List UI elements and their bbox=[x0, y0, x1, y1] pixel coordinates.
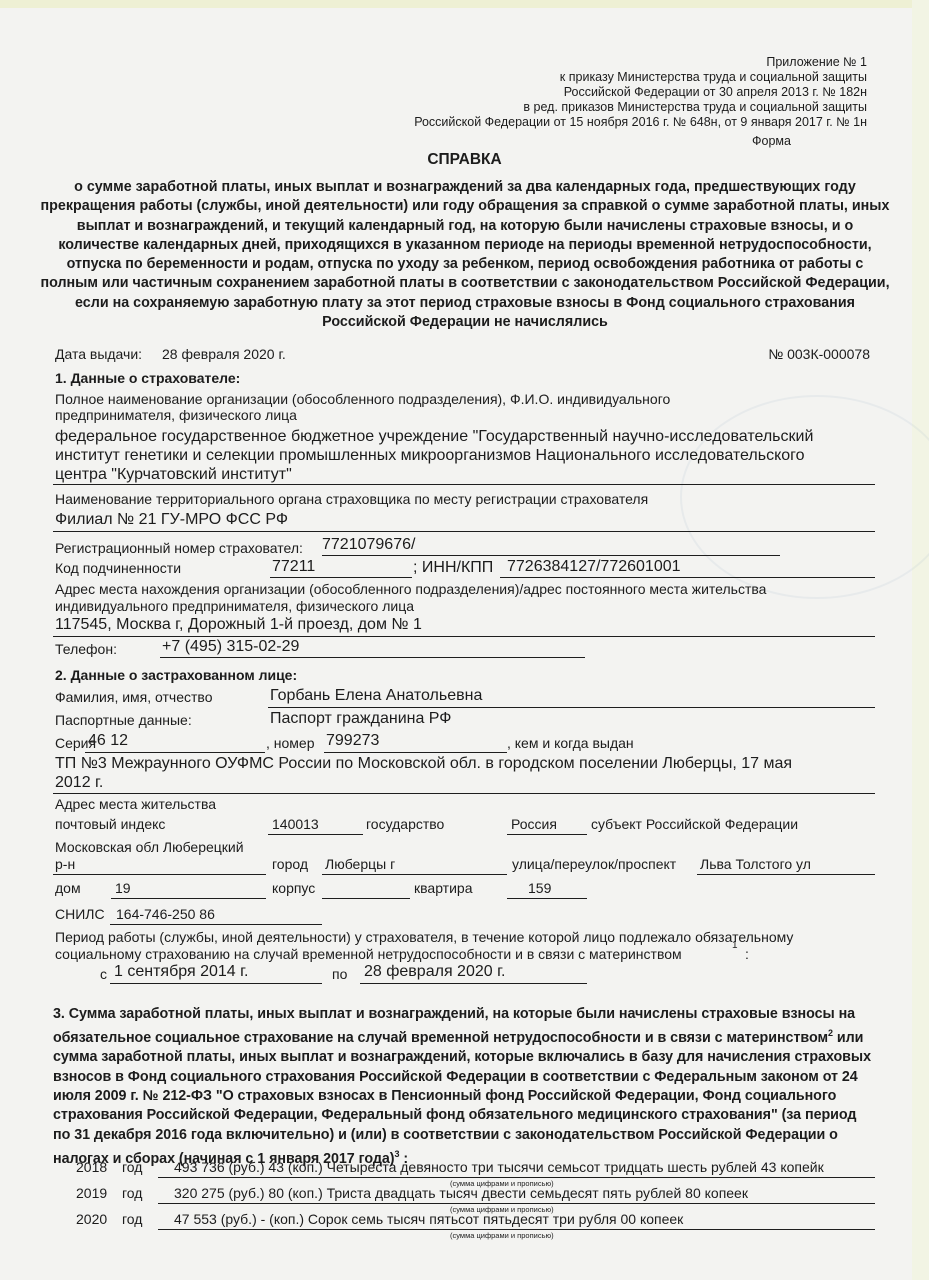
issue-date: 28 февраля 2020 г. bbox=[162, 346, 286, 362]
year-label: год bbox=[122, 1185, 142, 1201]
org-name: институт генетики и селекции промышленны… bbox=[55, 447, 805, 465]
appendix-line: Российской Федерации от 15 ноября 2016 г… bbox=[414, 115, 867, 130]
earnings-year: 2018 bbox=[76, 1159, 107, 1175]
snils-label: СНИЛС bbox=[55, 906, 105, 922]
subject-label: субъект Российской Федерации bbox=[591, 816, 798, 832]
postal-label: почтовый индекс bbox=[55, 816, 165, 832]
period-text: социальному страхованию на случай времен… bbox=[55, 946, 682, 962]
residence-label: Адрес места жительства bbox=[55, 796, 216, 812]
period-to: 28 февраля 2020 г. bbox=[364, 963, 505, 981]
number-label: , номер bbox=[266, 735, 315, 751]
inn-kpp-label: ; ИНН/КПП bbox=[413, 559, 493, 577]
passport-issued-by: 2012 г. bbox=[55, 774, 103, 792]
house-underline bbox=[111, 898, 266, 899]
building-label: корпус bbox=[272, 880, 315, 896]
earnings-amount: 47 553 (руб.) - (коп.) Сорок семь тысяч … bbox=[174, 1211, 874, 1227]
series-underline bbox=[85, 752, 265, 753]
earnings-underline bbox=[158, 1203, 875, 1204]
house-label: дом bbox=[55, 880, 81, 896]
section1-heading: 1. Данные о страхователе: bbox=[55, 370, 240, 386]
number-underline bbox=[324, 752, 507, 753]
passport-label: Паспортные данные: bbox=[55, 712, 192, 728]
employer-address: 117545, Москва г, Дорожный 1-й проезд, д… bbox=[55, 616, 422, 634]
city: Люберцы г bbox=[325, 856, 395, 872]
passport-number: 799273 bbox=[326, 732, 379, 750]
issue-date-label: Дата выдачи: bbox=[55, 346, 142, 362]
subordination-code: 77211 bbox=[272, 558, 315, 576]
form-label: Форма bbox=[752, 134, 791, 148]
period-from-underline bbox=[110, 983, 322, 984]
city-label: город bbox=[272, 856, 308, 872]
document-title: СПРАВКА bbox=[0, 151, 929, 169]
org-name-label: предпринимателя, физического лица bbox=[55, 407, 297, 423]
territorial-body-underline bbox=[53, 531, 875, 532]
passport-type: Паспорт гражданина РФ bbox=[270, 710, 451, 728]
phone: +7 (495) 315-02-29 bbox=[162, 638, 299, 656]
section3-heading: 3. Сумма заработной платы, иных выплат и… bbox=[53, 1005, 873, 1169]
snils: 164-746-250 86 bbox=[116, 906, 215, 922]
apartment-label: квартира bbox=[414, 880, 472, 896]
fio-underline bbox=[268, 707, 875, 708]
issued-by-underline bbox=[53, 793, 875, 794]
fio: Горбань Елена Анатольевна bbox=[270, 687, 482, 705]
street: Льва Толстого ул bbox=[700, 856, 811, 872]
period-colon: : bbox=[745, 946, 749, 962]
section3-heading-text: 3. Сумма заработной платы, иных выплат и… bbox=[53, 1006, 855, 1046]
address-label: индивидуального предпринимателя, физичес… bbox=[55, 598, 414, 614]
building-underline bbox=[322, 898, 410, 899]
subject: р-н bbox=[55, 856, 75, 872]
scan-edge-right bbox=[912, 0, 929, 1280]
period-text: Период работы (службы, иной деятельности… bbox=[55, 929, 793, 945]
certificate-number: № 003К-000078 bbox=[768, 346, 870, 362]
address-underline bbox=[53, 636, 875, 637]
earnings-year: 2020 bbox=[76, 1211, 107, 1227]
subordination-code-label: Код подчиненности bbox=[55, 560, 181, 576]
apartment-underline bbox=[507, 898, 587, 899]
year-label: год bbox=[122, 1159, 142, 1175]
period-from: 1 сентября 2014 г. bbox=[114, 963, 248, 981]
earnings-amount: 320 275 (руб.) 80 (коп.) Триста двадцать… bbox=[174, 1185, 874, 1201]
period-from-label: с bbox=[100, 966, 107, 982]
phone-label: Телефон: bbox=[55, 641, 117, 657]
territorial-body-label: Наименование территориального органа стр… bbox=[55, 491, 648, 507]
country: Россия bbox=[511, 816, 557, 832]
street-label: улица/переулок/проспект bbox=[512, 856, 676, 872]
postal-underline bbox=[268, 834, 363, 835]
org-name-underline bbox=[53, 484, 875, 485]
house: 19 bbox=[115, 880, 131, 896]
subject-underline bbox=[53, 874, 266, 875]
earnings-underline bbox=[158, 1229, 875, 1230]
territorial-body: Филиал № 21 ГУ-МРО ФСС РФ bbox=[55, 511, 288, 529]
org-name: центра "Курчатовский институт" bbox=[55, 466, 292, 484]
period-to-label: по bbox=[332, 966, 347, 982]
earnings-caption: (сумма цифрами и прописью) bbox=[450, 1231, 554, 1240]
period-to-underline bbox=[360, 983, 587, 984]
street-underline bbox=[697, 874, 875, 875]
subordination-code-underline bbox=[270, 577, 412, 578]
footnote-1: 1 bbox=[732, 940, 738, 951]
reg-number: 7721079676/ bbox=[322, 536, 415, 554]
country-underline bbox=[507, 834, 587, 835]
inn-kpp-underline bbox=[500, 577, 875, 578]
year-label: год bbox=[122, 1211, 142, 1227]
postal-code: 140013 bbox=[272, 816, 319, 832]
appendix-line: к приказу Министерства труда и социально… bbox=[560, 70, 867, 85]
subject: Московская обл Люберецкий bbox=[55, 839, 244, 855]
appendix-line: в ред. приказов Министерства труда и соц… bbox=[523, 100, 867, 115]
inn-kpp: 7726384127/772601001 bbox=[507, 558, 681, 576]
reg-number-underline bbox=[322, 555, 780, 556]
passport-series: 46 12 bbox=[88, 732, 128, 750]
org-name-label: Полное наименование организации (обособл… bbox=[55, 391, 670, 407]
appendix-number: Приложение № 1 bbox=[766, 55, 867, 70]
fio-label: Фамилия, имя, отчество bbox=[55, 689, 212, 705]
appendix-line: Российской Федерации от 30 апреля 2013 г… bbox=[564, 85, 867, 100]
section2-heading: 2. Данные о застрахованном лице: bbox=[55, 667, 297, 683]
section3-heading-text: или сумма заработной платы, иных выплат … bbox=[53, 1030, 871, 1167]
earnings-amount: 493 736 (руб.) 43 (коп.) Четыреста девян… bbox=[174, 1159, 874, 1175]
org-name: федеральное государственное бюджетное уч… bbox=[55, 428, 813, 446]
address-label: Адрес места нахождения организации (обос… bbox=[55, 581, 766, 597]
document-subtitle: о сумме заработной платы, иных выплат и … bbox=[40, 178, 890, 332]
country-label: государство bbox=[366, 816, 444, 832]
snils-underline bbox=[110, 924, 322, 925]
city-underline bbox=[322, 874, 507, 875]
issued-label: , кем и когда выдан bbox=[507, 735, 634, 751]
apartment: 159 bbox=[528, 880, 551, 896]
passport-issued-by: ТП №3 Межраунного ОУФМС России по Москов… bbox=[55, 755, 792, 773]
phone-underline bbox=[160, 657, 585, 658]
earnings-underline bbox=[158, 1177, 875, 1178]
reg-number-label: Регистрационный номер страховател: bbox=[55, 540, 303, 556]
earnings-year: 2019 bbox=[76, 1185, 107, 1201]
